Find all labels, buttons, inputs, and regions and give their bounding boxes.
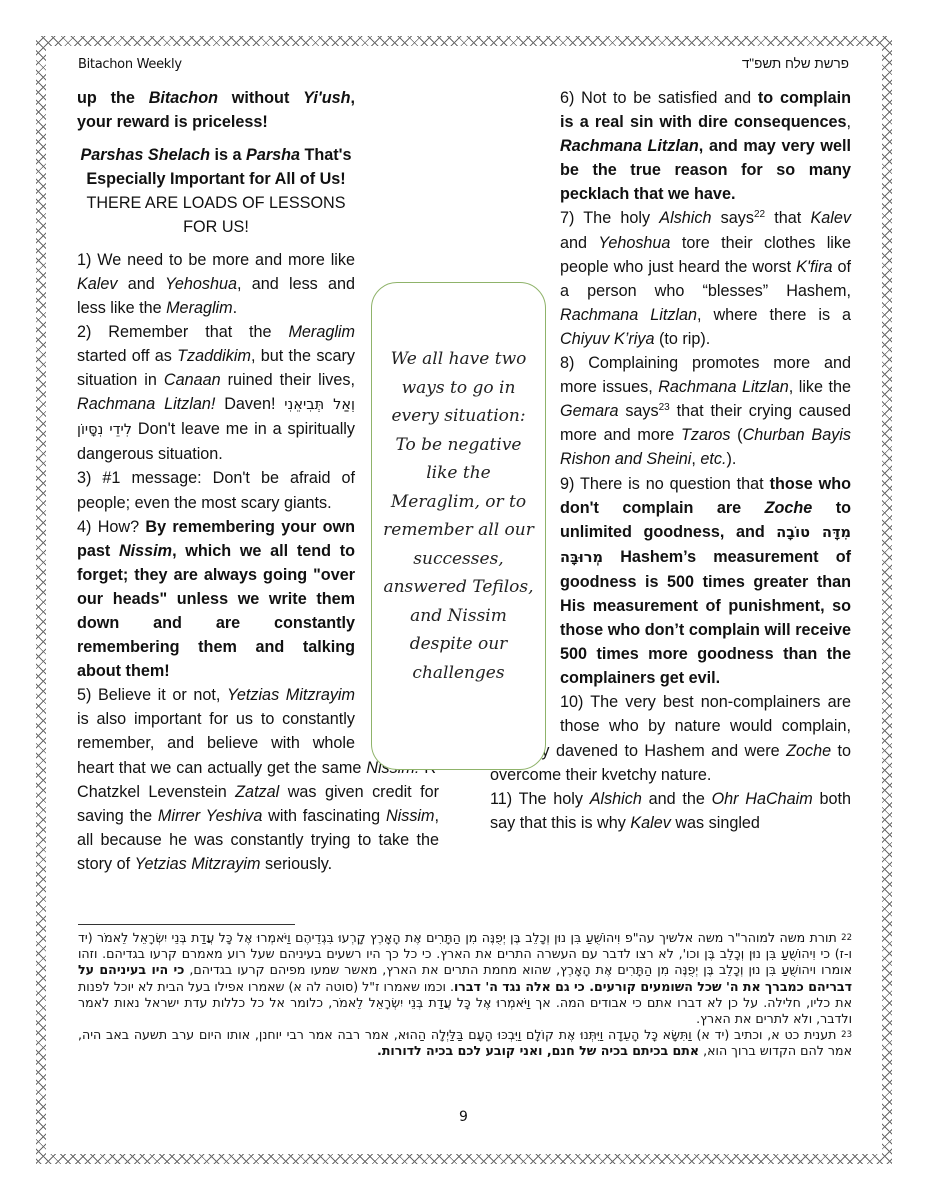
footnote-separator [78, 924, 295, 925]
footnote-ref-23[interactable]: 23 [659, 402, 670, 413]
lesson-11: 11) The holy Alshich and the Ohr HaChaim… [490, 787, 851, 835]
pull-quote-callout: We all have two ways to go in every situ… [371, 282, 546, 770]
lesson-6: 6) Not to be satisfied and to complain i… [490, 86, 851, 206]
footnote-23: 23 תענית כט א, וכתיב (יד א) וַתִּשָּׂא כ… [78, 1027, 852, 1059]
intro-paragraph: up the Bitachon without Yi'ush, your rew… [77, 86, 439, 134]
footnote-22: 22 תורת משה למוהר"ר משה אלשיך עה"פ וִיהו… [78, 930, 852, 1027]
page-number: 9 [0, 1109, 927, 1125]
footnote-number: 22 [841, 933, 852, 943]
footnote-number: 23 [841, 1030, 852, 1040]
publication-title: Bitachon Weekly [78, 57, 182, 72]
section-heading-title: Parshas Shelach is a Parsha That's Espec… [77, 143, 439, 191]
pull-quote-text: We all have two ways to go in every situ… [372, 345, 545, 687]
parsha-title: פרשת שלח תשפ"ד [742, 56, 849, 71]
section-heading-subtitle: THERE ARE LOADS OF LESSONS FOR US! [77, 191, 439, 239]
section-heading: Parshas Shelach is a Parsha That's Espec… [77, 143, 439, 239]
footnotes: 22 תורת משה למוהר"ר משה אלשיך עה"פ וִיהו… [78, 930, 852, 1060]
footnote-ref-22[interactable]: 22 [754, 209, 765, 220]
